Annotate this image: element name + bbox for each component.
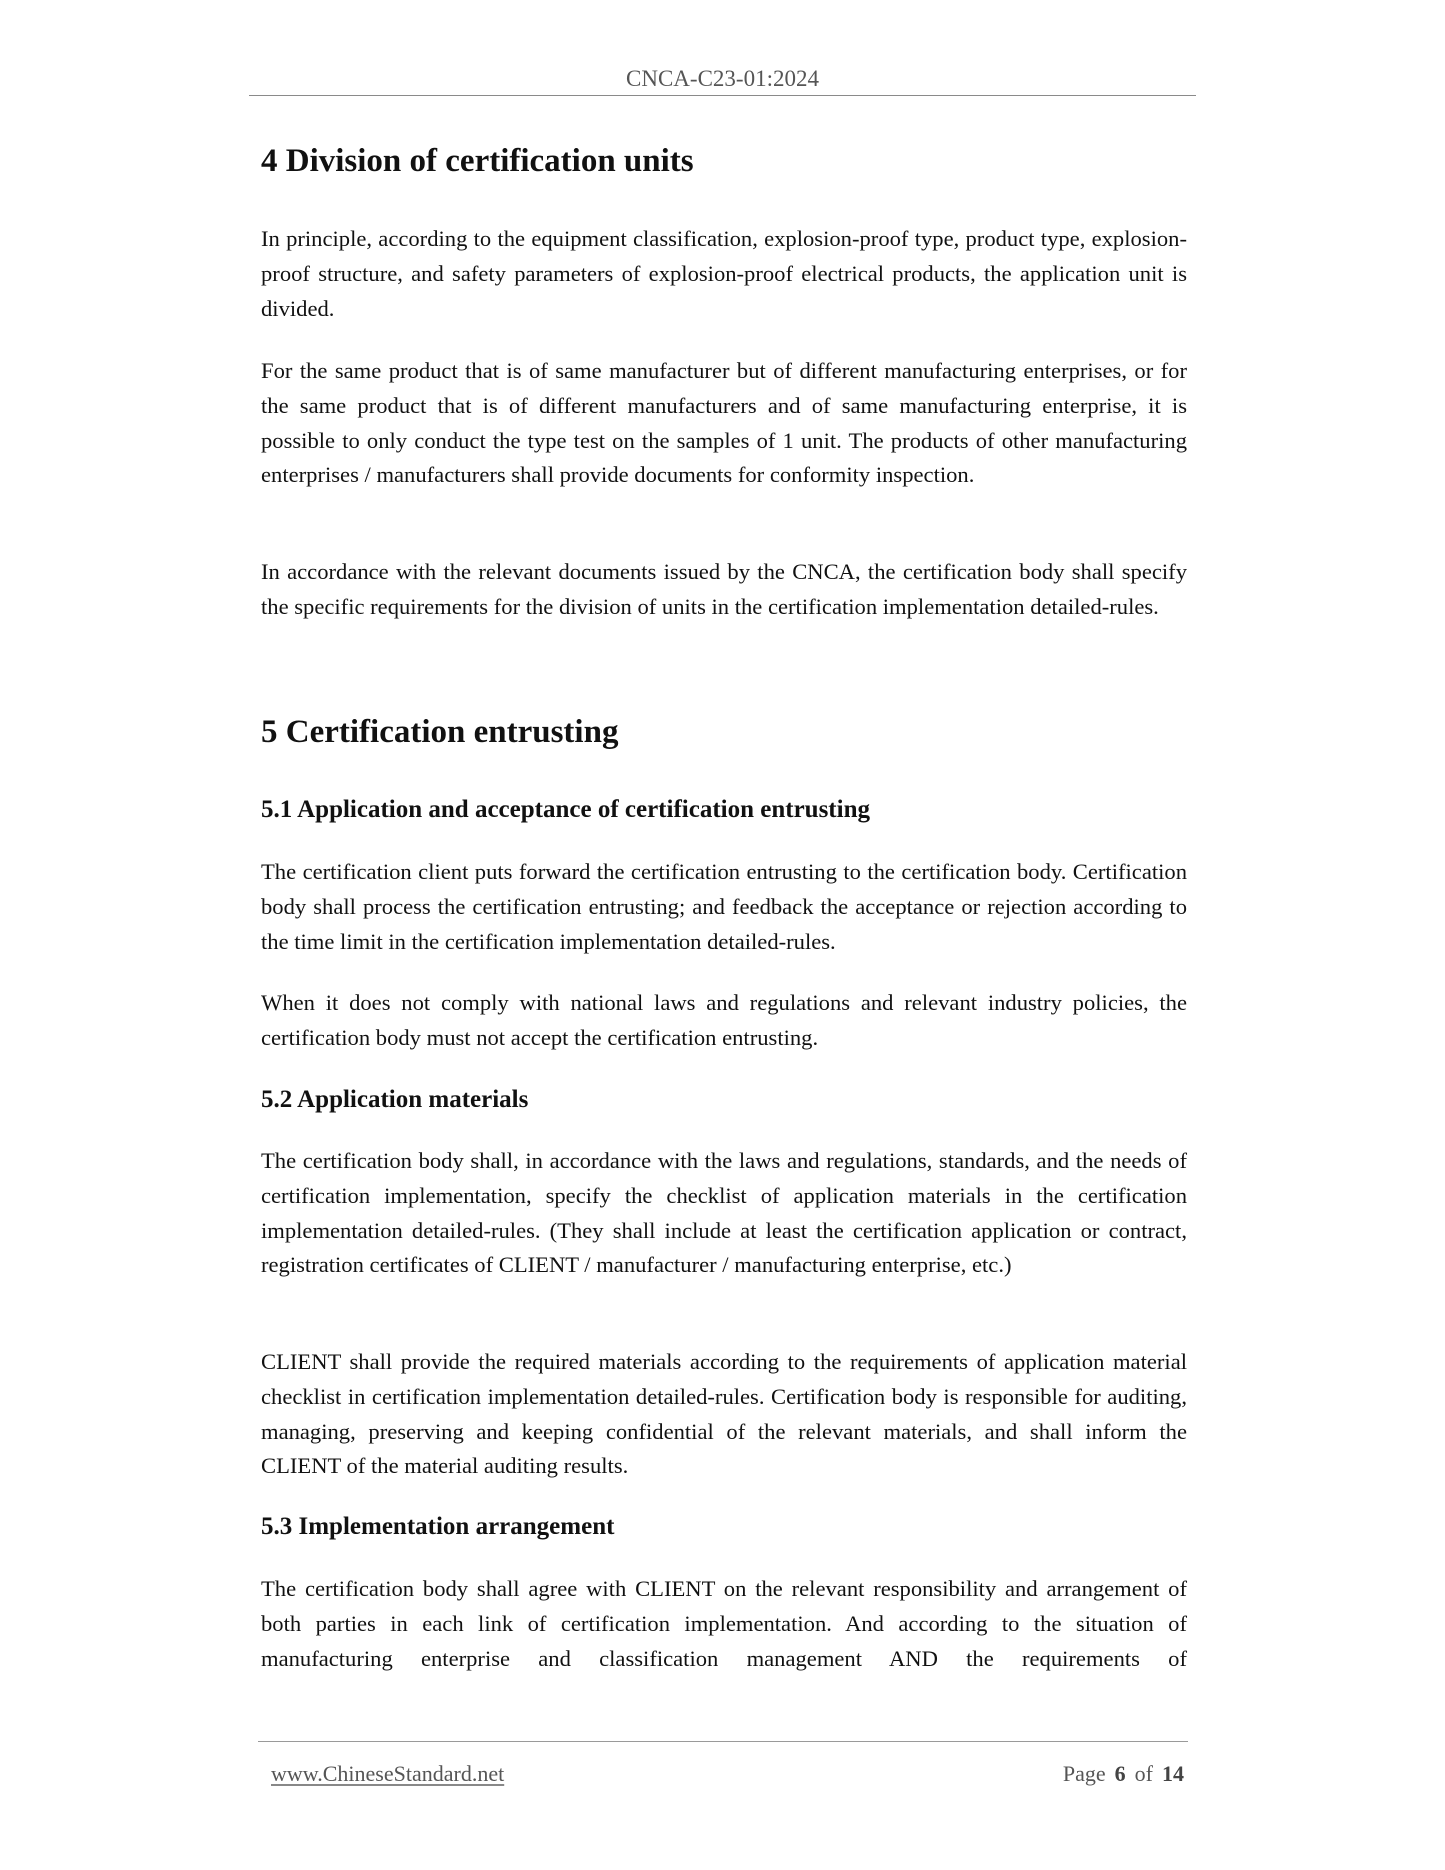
section-5-3-paragraph-1: The certification body shall agree with … <box>261 1572 1187 1676</box>
page-number: Page6of14 <box>1063 1760 1184 1788</box>
section-4-paragraph-1: In principle, according to the equipment… <box>261 222 1187 326</box>
page-label: Page <box>1063 1761 1106 1786</box>
section-5-2-paragraph-2: CLIENT shall provide the required materi… <box>261 1345 1187 1484</box>
section-4-paragraph-2: For the same product that is of same man… <box>261 354 1187 493</box>
section-5-1-paragraph-1: The certification client puts forward th… <box>261 855 1187 959</box>
section-5-1-paragraph-2: When it does not comply with national la… <box>261 986 1187 1056</box>
header-divider <box>249 95 1196 96</box>
section-5-heading: 5 Certification entrusting <box>261 712 618 752</box>
section-5-2-heading: 5.2 Application materials <box>261 1085 528 1115</box>
document-code: CNCA-C23-01:2024 <box>249 66 1196 92</box>
page-current: 6 <box>1115 1761 1126 1786</box>
website-link[interactable]: www.ChineseStandard.net <box>271 1760 504 1788</box>
section-4-heading: 4 Division of certification units <box>261 141 694 181</box>
section-4-paragraph-3: In accordance with the relevant document… <box>261 555 1187 625</box>
section-5-2-paragraph-1: The certification body shall, in accorda… <box>261 1144 1187 1283</box>
page-of-label: of <box>1135 1761 1153 1786</box>
page-total: 14 <box>1162 1761 1184 1786</box>
section-5-3-heading: 5.3 Implementation arrangement <box>261 1512 614 1542</box>
footer-divider <box>258 1741 1188 1742</box>
section-5-1-heading: 5.1 Application and acceptance of certif… <box>261 795 870 825</box>
